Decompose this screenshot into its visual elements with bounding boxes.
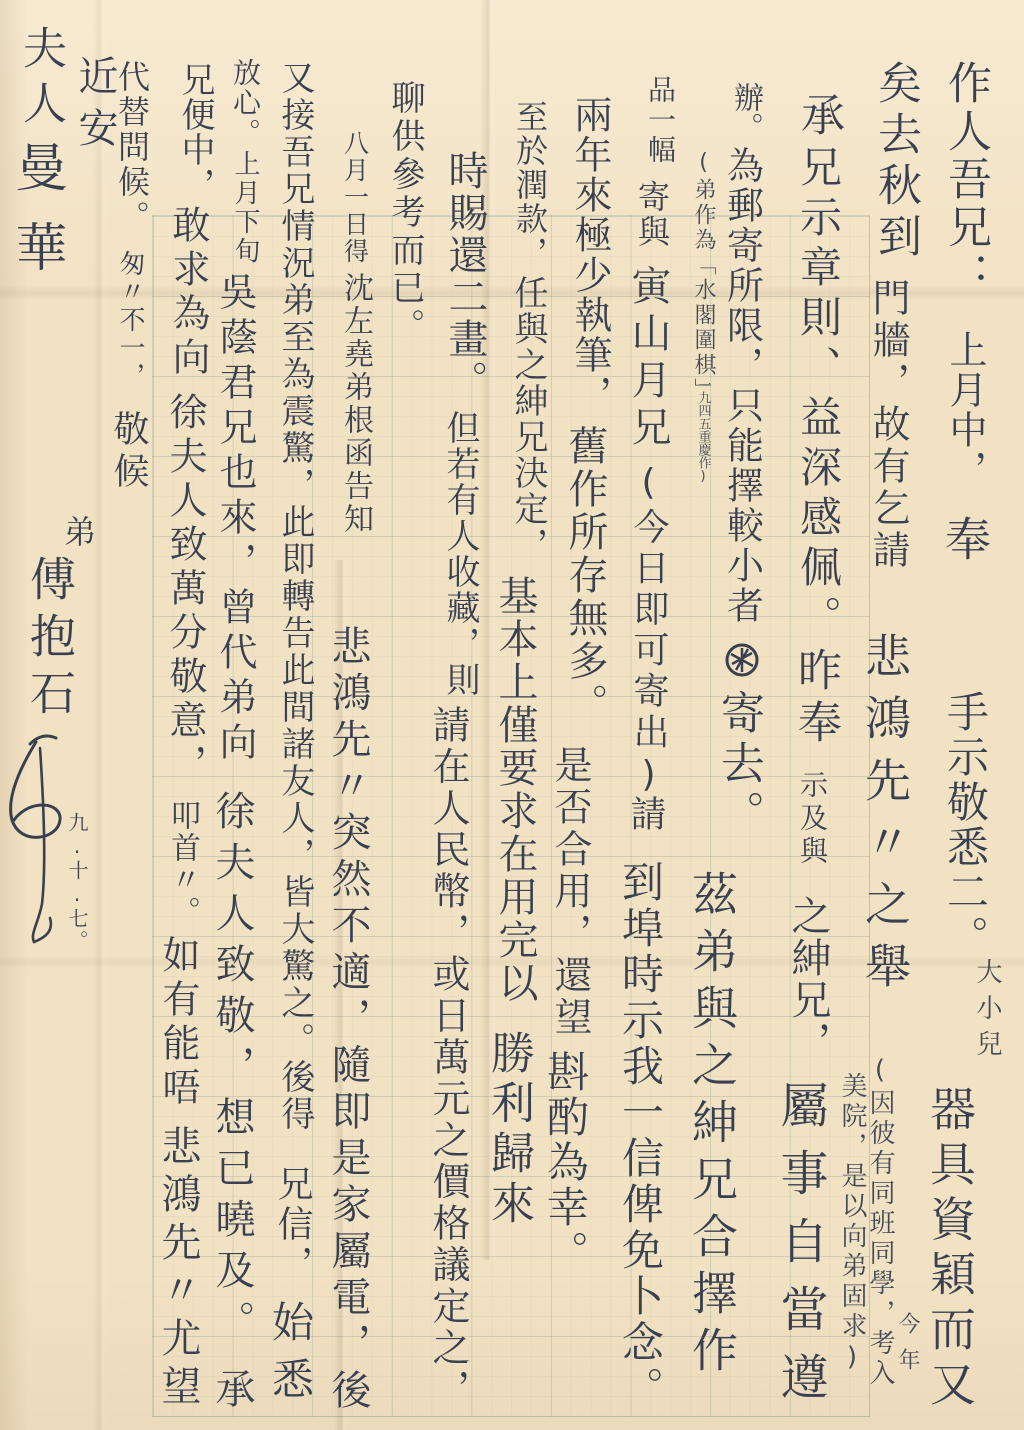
- letter-small-text: 大小兒: [974, 958, 1000, 1066]
- letter-text: 兄示章則、益深感佩。: [797, 145, 839, 645]
- letter-page: 作人吾兄： 上月中， 奉 手示敬悉二。 大小兒 器具資穎而又 矣去秋到 門牆，故…: [0, 0, 1024, 1430]
- letter-text: 至於潤款，: [514, 100, 546, 270]
- letter-text: 悲鴻先〃尤望: [158, 1125, 198, 1413]
- letter-text: 昨奉: [793, 647, 837, 751]
- letter-text: 上月下旬: [232, 150, 258, 266]
- letter-closing: 近安: [75, 55, 115, 159]
- letter-text: 承: [212, 1368, 252, 1408]
- letter-closing: 敬候: [110, 410, 146, 494]
- letter-closing: 代替問候。: [116, 60, 148, 235]
- letter-text: 到埠時示我一信俾免卜念。: [619, 860, 661, 1412]
- letter-text: (今日即可寄出): [630, 462, 666, 800]
- letter-text: 請在人民幣，或日萬元之價格議定之，: [429, 705, 467, 1411]
- margin-annotation: 美院，是以向弟固求): [839, 1072, 865, 1376]
- letter-text: 聊供參考而已。: [388, 80, 422, 346]
- letter-text: 任與之紳兄決定，: [511, 275, 545, 563]
- letter-text: 兄便中，: [178, 62, 212, 202]
- letter-text: 舊作所存無多。: [565, 425, 605, 726]
- letter-text: 放心。: [231, 58, 259, 148]
- letter-text: 寄去。: [716, 690, 760, 840]
- letter-text: 門牆，故有乞請: [869, 278, 907, 572]
- letter-text: 沈左堯弟根函告知: [340, 272, 370, 536]
- struck-out-character-mark: [722, 640, 762, 680]
- letter-text: 兩年來極少執筆，: [571, 95, 609, 415]
- letter-text: 悲鴻先〃之舉: [862, 632, 908, 1004]
- letter-text: 徐夫人致敬，想已曉及。: [212, 790, 252, 1351]
- letter-text: 吳蔭君兄也來，曾代弟向: [216, 272, 254, 767]
- inserted-correction: 今年: [896, 1312, 918, 1384]
- letter-closing: 匆〃不一，: [117, 250, 143, 390]
- signature-name: 傅抱石: [27, 555, 73, 726]
- letter-text: 手示敬悉二。: [944, 690, 986, 960]
- margin-annotation: (因彼有同班同學，考入: [867, 1055, 893, 1389]
- letter-text: 辦。: [730, 82, 760, 142]
- fold-line: [92, 0, 110, 1430]
- letter-text: 又接吾兄情況弟至為震驚，此即轉告此間諸友人，皆大驚之。後得: [278, 60, 312, 1133]
- margin-annotation: (弟作為「水閣圍棋」: [692, 150, 714, 403]
- letter-text: 矣去秋到: [873, 60, 917, 264]
- letter-text: 屬事自當遵: [776, 1080, 824, 1420]
- letter-text: 始悉: [269, 1300, 311, 1414]
- letter-closing: 夫人: [18, 25, 62, 135]
- letter-text: 示及與: [798, 770, 826, 869]
- letter-text: 兄信，: [274, 1165, 310, 1285]
- letter-text: 是否合用，還望: [551, 745, 589, 1039]
- letter-closing: 曼華: [10, 140, 62, 300]
- letter-text: 斟酌為幸。: [544, 1050, 586, 1275]
- letter-text: 八月一日得: [343, 130, 368, 265]
- letter-text: 茲弟與之紳兄合擇作: [689, 870, 735, 1383]
- letter-text: 叩首〃。: [167, 800, 197, 928]
- margin-annotation: 一九四五重慶作): [697, 378, 710, 484]
- letter-text: 基本上僅要求在用完以: [495, 575, 535, 1005]
- letter-text: 時賜還二畫。: [445, 150, 485, 402]
- letter-text: 悲鴻先〃突然不適，隨即是家屬電，後: [328, 625, 368, 1416]
- letter-text: 徐夫人致萬分敬意，: [166, 392, 204, 788]
- letter-date: 九.十.七。: [67, 812, 87, 952]
- letter-text: 器具資穎而又: [927, 1085, 973, 1415]
- letter-text: 寄與: [636, 180, 668, 250]
- signature-prefix: 弟: [62, 515, 94, 547]
- letter-text: 為郵寄所限，只能擇較小者: [724, 146, 761, 626]
- letter-text: 寅山月兄: [628, 265, 668, 453]
- letter-salutation: 作人吾兄：: [943, 60, 987, 300]
- letter-text: 奉: [942, 515, 988, 561]
- letter-text: 敢求為向: [169, 205, 207, 381]
- letter-text: 勝利歸來: [486, 1030, 530, 1230]
- letter-text: 請: [627, 795, 663, 831]
- letter-text: 如有能唔: [159, 935, 197, 1111]
- letter-text: 承: [796, 92, 840, 136]
- letter-text: 上月中，: [946, 330, 984, 490]
- letter-text: 品一幅: [646, 75, 674, 165]
- letter-text: 之紳兄，: [788, 895, 828, 1063]
- letter-text: 但若有人收藏，則: [443, 410, 477, 698]
